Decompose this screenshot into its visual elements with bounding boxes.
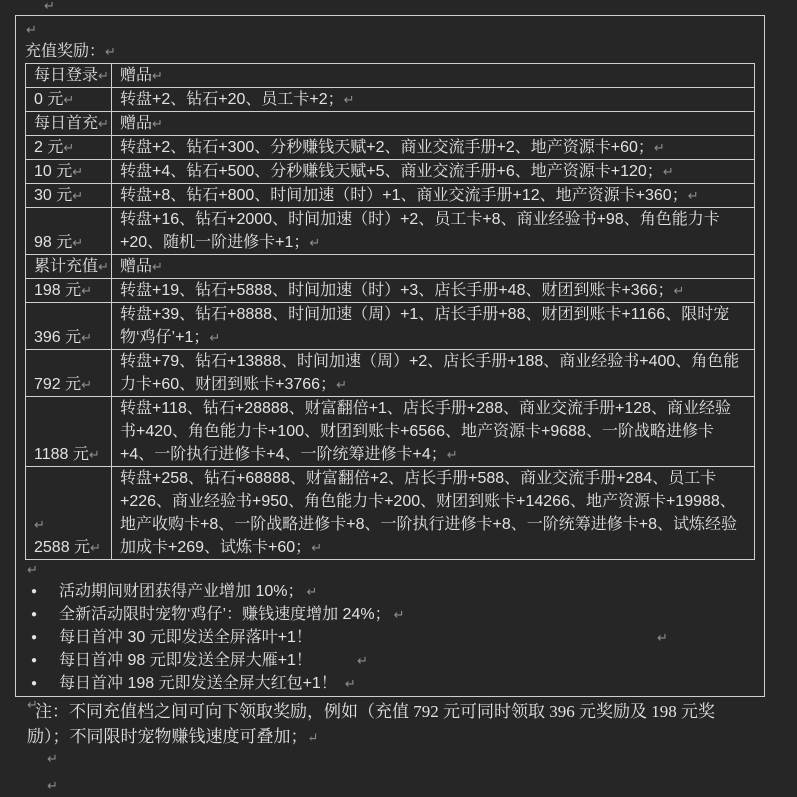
table-row: 30 元↵ 转盘+8、钻石+800、时间加速（时）+1、商业交流手册+12、地产… xyxy=(26,184,755,208)
paragraph-mark: ↵ xyxy=(306,584,317,599)
table-row: ↵ 2588 元↵ 转盘+258、钻石+68888、财富翻倍+2、店长手册+58… xyxy=(26,467,755,560)
table-row: 每日登录↵ 赠品↵ xyxy=(26,64,755,88)
paragraph-mark: ↵ xyxy=(72,188,83,203)
paragraph-mark: ↵ xyxy=(336,377,347,392)
bullet-icon: ● xyxy=(31,672,37,695)
table-row: 2 元↵ 转盘+2、钻石+300、分秒赚钱天赋+2、商业交流手册+2、地产资源卡… xyxy=(26,136,755,160)
reward-content: 转盘+79、钻石+13888、时间加速（周）+2、店长手册+188、商业经验书+… xyxy=(120,353,739,393)
paragraph-mark: ↵ xyxy=(674,283,685,298)
table-row: 0 元↵ 转盘+2、钻石+20、员工卡+2；↵ xyxy=(26,88,755,112)
reward-content-cell[interactable]: 转盘+8、钻石+800、时间加速（时）+1、商业交流手册+12、地产资源卡+36… xyxy=(112,184,755,208)
paragraph-mark: ↵ xyxy=(98,116,109,131)
reward-content: 赠品 xyxy=(120,115,152,132)
reward-content-cell[interactable]: 转盘+118、钻石+28888、财富翻倍+1、店长手册+288、商业交流手册+1… xyxy=(112,397,755,467)
paragraph-mark: ↵ xyxy=(308,730,319,745)
reward-content-cell[interactable]: 转盘+79、钻石+13888、时间加速（周）+2、店长手册+188、商业经验书+… xyxy=(112,350,755,397)
paragraph-mark: ↵ xyxy=(89,447,100,462)
bullet-icon: ● xyxy=(31,649,37,672)
table-row: 98 元↵ 转盘+16、钻石+2000、时间加速（时）+2、员工卡+8、商业经验… xyxy=(26,208,755,255)
tier-label-cell[interactable]: 30 元↵ xyxy=(26,184,112,208)
paragraph-mark: ↵ xyxy=(72,235,83,250)
tier-label: 98 元 xyxy=(34,234,72,251)
reward-content: 赠品 xyxy=(120,67,152,84)
tier-label-cell[interactable]: 累计充值↵ xyxy=(26,255,112,279)
recharge-rewards-table: 每日登录↵ 赠品↵ 0 元↵ 转盘+2、钻石+20、员工卡+2；↵ 每日首充↵ … xyxy=(25,63,755,560)
paragraph-mark: ↵ xyxy=(72,164,83,179)
paragraph-mark: ↵ xyxy=(63,140,74,155)
list-item[interactable]: ● 每日首冲 198 元即发送全屏大红包+1！↵ xyxy=(25,672,764,695)
paragraph-mark: ↵ xyxy=(209,330,220,345)
reward-content: 赠品 xyxy=(120,258,152,275)
paragraph-mark: ↵ xyxy=(44,0,55,14)
paragraph-mark: ↵ xyxy=(152,68,163,83)
paragraph-mark: ↵ xyxy=(90,540,101,555)
reward-content: 转盘+4、钻石+500、分秒赚钱天赋+5、商业交流手册+6、地产资源卡+120； xyxy=(120,163,663,180)
footnote-text: 注：不同充值档之间可向下领取奖励，例如（充值 792 元可同时领取 396 元奖… xyxy=(27,702,715,746)
paragraph-mark: ↵ xyxy=(345,676,356,691)
tier-label-cell[interactable]: 1188 元↵ xyxy=(26,397,112,467)
paragraph-mark: ↵ xyxy=(152,116,163,131)
reward-content-cell[interactable]: 赠品↵ xyxy=(112,64,755,88)
table-row: 累计充值↵ 赠品↵ xyxy=(26,255,755,279)
paragraph-mark: ↵ xyxy=(447,447,458,462)
list-item[interactable]: ● 每日首冲 98 元即发送全屏大雁+1！↵ xyxy=(25,649,764,672)
paragraph-mark: ↵ xyxy=(47,751,58,767)
tier-label: 每日登录 xyxy=(34,67,98,84)
table-row: 1188 元↵ 转盘+118、钻石+28888、财富翻倍+1、店长手册+288、… xyxy=(26,397,755,467)
tier-label-cell[interactable]: 每日登录↵ xyxy=(26,64,112,88)
list-item[interactable]: ● 全新活动限时宠物‘鸡仔’：赚钱速度增加 24%；↵ xyxy=(25,603,764,626)
paragraph-mark: ↵ xyxy=(311,540,322,555)
paragraph-mark: ↵ xyxy=(654,140,665,155)
content-border-box: ↵ 充值奖励：↵ 每日登录↵ 赠品↵ 0 元↵ 转盘+2、钻石+20、员工卡+2… xyxy=(15,15,765,697)
tier-label: 2 元 xyxy=(34,139,63,156)
list-item[interactable]: ● 每日首冲 30 元即发送全屏落叶+1！↵ xyxy=(25,626,764,649)
paragraph-mark: ↵ xyxy=(105,44,116,59)
paragraph-mark: ↵ xyxy=(81,377,92,392)
reward-content-cell[interactable]: 转盘+19、钻石+5888、时间加速（时）+3、店长手册+48、财团到账卡+36… xyxy=(112,279,755,303)
tier-label-cell[interactable]: 10 元↵ xyxy=(26,160,112,184)
table-row: 396 元↵ 转盘+39、钻石+8888、时间加速（周）+1、店长手册+88、财… xyxy=(26,303,755,350)
list-item-text: 全新活动限时宠物‘鸡仔’：赚钱速度增加 24%； xyxy=(59,606,391,623)
reward-content-cell[interactable]: 赠品↵ xyxy=(112,112,755,136)
paragraph-mark: ↵ xyxy=(98,259,109,274)
tier-label-cell[interactable]: ↵ 2588 元↵ xyxy=(26,467,112,560)
bullet-icon: ● xyxy=(31,626,37,649)
reward-content: 转盘+118、钻石+28888、财富翻倍+1、店长手册+288、商业交流手册+1… xyxy=(120,400,731,463)
tier-label: 累计充值 xyxy=(34,258,98,275)
list-item-text: 每日首冲 98 元即发送全屏大雁+1！ xyxy=(59,652,312,669)
paragraph-mark: ↵ xyxy=(63,92,74,107)
title-line: 充值奖励：↵ xyxy=(25,40,764,63)
list-item-text: 每日首冲 198 元即发送全屏大红包+1！ xyxy=(59,675,337,692)
reward-content: 转盘+16、钻石+2000、时间加速（时）+2、员工卡+8、商业经验书+98、角… xyxy=(120,211,720,251)
extra-break-slot: ↵ xyxy=(34,513,111,536)
table-row: 每日首充↵ 赠品↵ xyxy=(26,112,755,136)
bullet-icon: ● xyxy=(31,603,37,626)
reward-content: 转盘+2、钻石+300、分秒赚钱天赋+2、商业交流手册+2、地产资源卡+60； xyxy=(120,139,654,156)
tier-label-cell[interactable]: 792 元↵ xyxy=(26,350,112,397)
tier-label-cell[interactable]: 98 元↵ xyxy=(26,208,112,255)
list-item[interactable]: ● 活动期间财团获得产业增加 10%；↵ xyxy=(25,580,764,603)
paragraph-mark: ↵ xyxy=(657,630,668,645)
paragraph-mark: ↵ xyxy=(152,259,163,274)
tier-label: 396 元 xyxy=(34,329,81,346)
reward-content: 转盘+8、钻石+800、时间加速（时）+1、商业交流手册+12、地产资源卡+36… xyxy=(120,187,688,204)
tier-label: 每日首充 xyxy=(34,115,98,132)
reward-content-cell[interactable]: 转盘+4、钻石+500、分秒赚钱天赋+5、商业交流手册+6、地产资源卡+120；… xyxy=(112,160,755,184)
paragraph-mark: ↵ xyxy=(81,283,92,298)
reward-content-cell[interactable]: 转盘+2、钻石+300、分秒赚钱天赋+2、商业交流手册+2、地产资源卡+60；↵ xyxy=(112,136,755,160)
tier-label-cell[interactable]: 396 元↵ xyxy=(26,303,112,350)
paragraph-mark: ↵ xyxy=(47,778,58,794)
tier-label-cell[interactable]: 每日首充↵ xyxy=(26,112,112,136)
tier-label-cell[interactable]: 198 元↵ xyxy=(26,279,112,303)
reward-content: 转盘+19、钻石+5888、时间加速（时）+3、店长手册+48、财团到账卡+36… xyxy=(120,282,674,299)
paragraph-mark: ↵ xyxy=(309,235,320,250)
list-item-text: 活动期间财团获得产业增加 10%； xyxy=(59,583,303,600)
paragraph-mark: ↵ xyxy=(25,560,764,580)
reward-content-cell[interactable]: 转盘+39、钻石+8888、时间加速（周）+1、店长手册+88、财团到账卡+11… xyxy=(112,303,755,350)
table-row: 10 元↵ 转盘+4、钻石+500、分秒赚钱天赋+5、商业交流手册+6、地产资源… xyxy=(26,160,755,184)
reward-content-cell[interactable]: 赠品↵ xyxy=(112,255,755,279)
tier-label: 10 元 xyxy=(34,163,72,180)
reward-content: 转盘+258、钻石+68888、财富翻倍+2、店长手册+588、商业交流手册+2… xyxy=(120,470,737,556)
table-body: 每日登录↵ 赠品↵ 0 元↵ 转盘+2、钻石+20、员工卡+2；↵ 每日首充↵ … xyxy=(26,64,755,560)
paragraph-mark: ↵ xyxy=(688,188,699,203)
footnote[interactable]: 注：不同充值档之间可向下领取奖励，例如（充值 792 元可同时领取 396 元奖… xyxy=(27,699,755,750)
section-title[interactable]: 充值奖励： xyxy=(25,43,105,60)
tier-label-cell[interactable]: 0 元↵ xyxy=(26,88,112,112)
bullet-icon: ● xyxy=(31,580,37,603)
paragraph-mark: ↵ xyxy=(357,653,368,668)
tier-label: 792 元 xyxy=(34,376,81,393)
paragraph-mark: ↵ xyxy=(663,164,674,179)
paragraph-mark: ↵ xyxy=(394,607,405,622)
tier-label: 1188 元 xyxy=(34,446,89,463)
tier-label: 198 元 xyxy=(34,282,81,299)
paragraph-mark: ↵ xyxy=(98,68,109,83)
tier-label: 2588 元 xyxy=(34,539,90,556)
tier-label: 30 元 xyxy=(34,187,72,204)
reward-content-cell[interactable]: 转盘+258、钻石+68888、财富翻倍+2、店长手册+588、商业交流手册+2… xyxy=(112,467,755,560)
tier-label: 0 元 xyxy=(34,91,63,108)
paragraph-mark: ↵ xyxy=(344,92,355,107)
table-row: 198 元↵ 转盘+19、钻石+5888、时间加速（时）+3、店长手册+48、财… xyxy=(26,279,755,303)
tier-label-cell[interactable]: 2 元↵ xyxy=(26,136,112,160)
reward-content-cell[interactable]: 转盘+16、钻石+2000、时间加速（时）+2、员工卡+8、商业经验书+98、角… xyxy=(112,208,755,255)
reward-content-cell[interactable]: 转盘+2、钻石+20、员工卡+2；↵ xyxy=(112,88,755,112)
reward-content: 转盘+2、钻石+20、员工卡+2； xyxy=(120,91,344,108)
paragraph-mark: ↵ xyxy=(81,330,92,345)
list-item-text: 每日首冲 30 元即发送全屏落叶+1！ xyxy=(59,629,312,646)
table-row: 792 元↵ 转盘+79、钻石+13888、时间加速（周）+2、店长手册+188… xyxy=(26,350,755,397)
activity-notes-list: ● 活动期间财团获得产业增加 10%；↵ ● 全新活动限时宠物‘鸡仔’：赚钱速度… xyxy=(25,580,764,695)
paragraph-mark: ↵ xyxy=(25,19,764,40)
